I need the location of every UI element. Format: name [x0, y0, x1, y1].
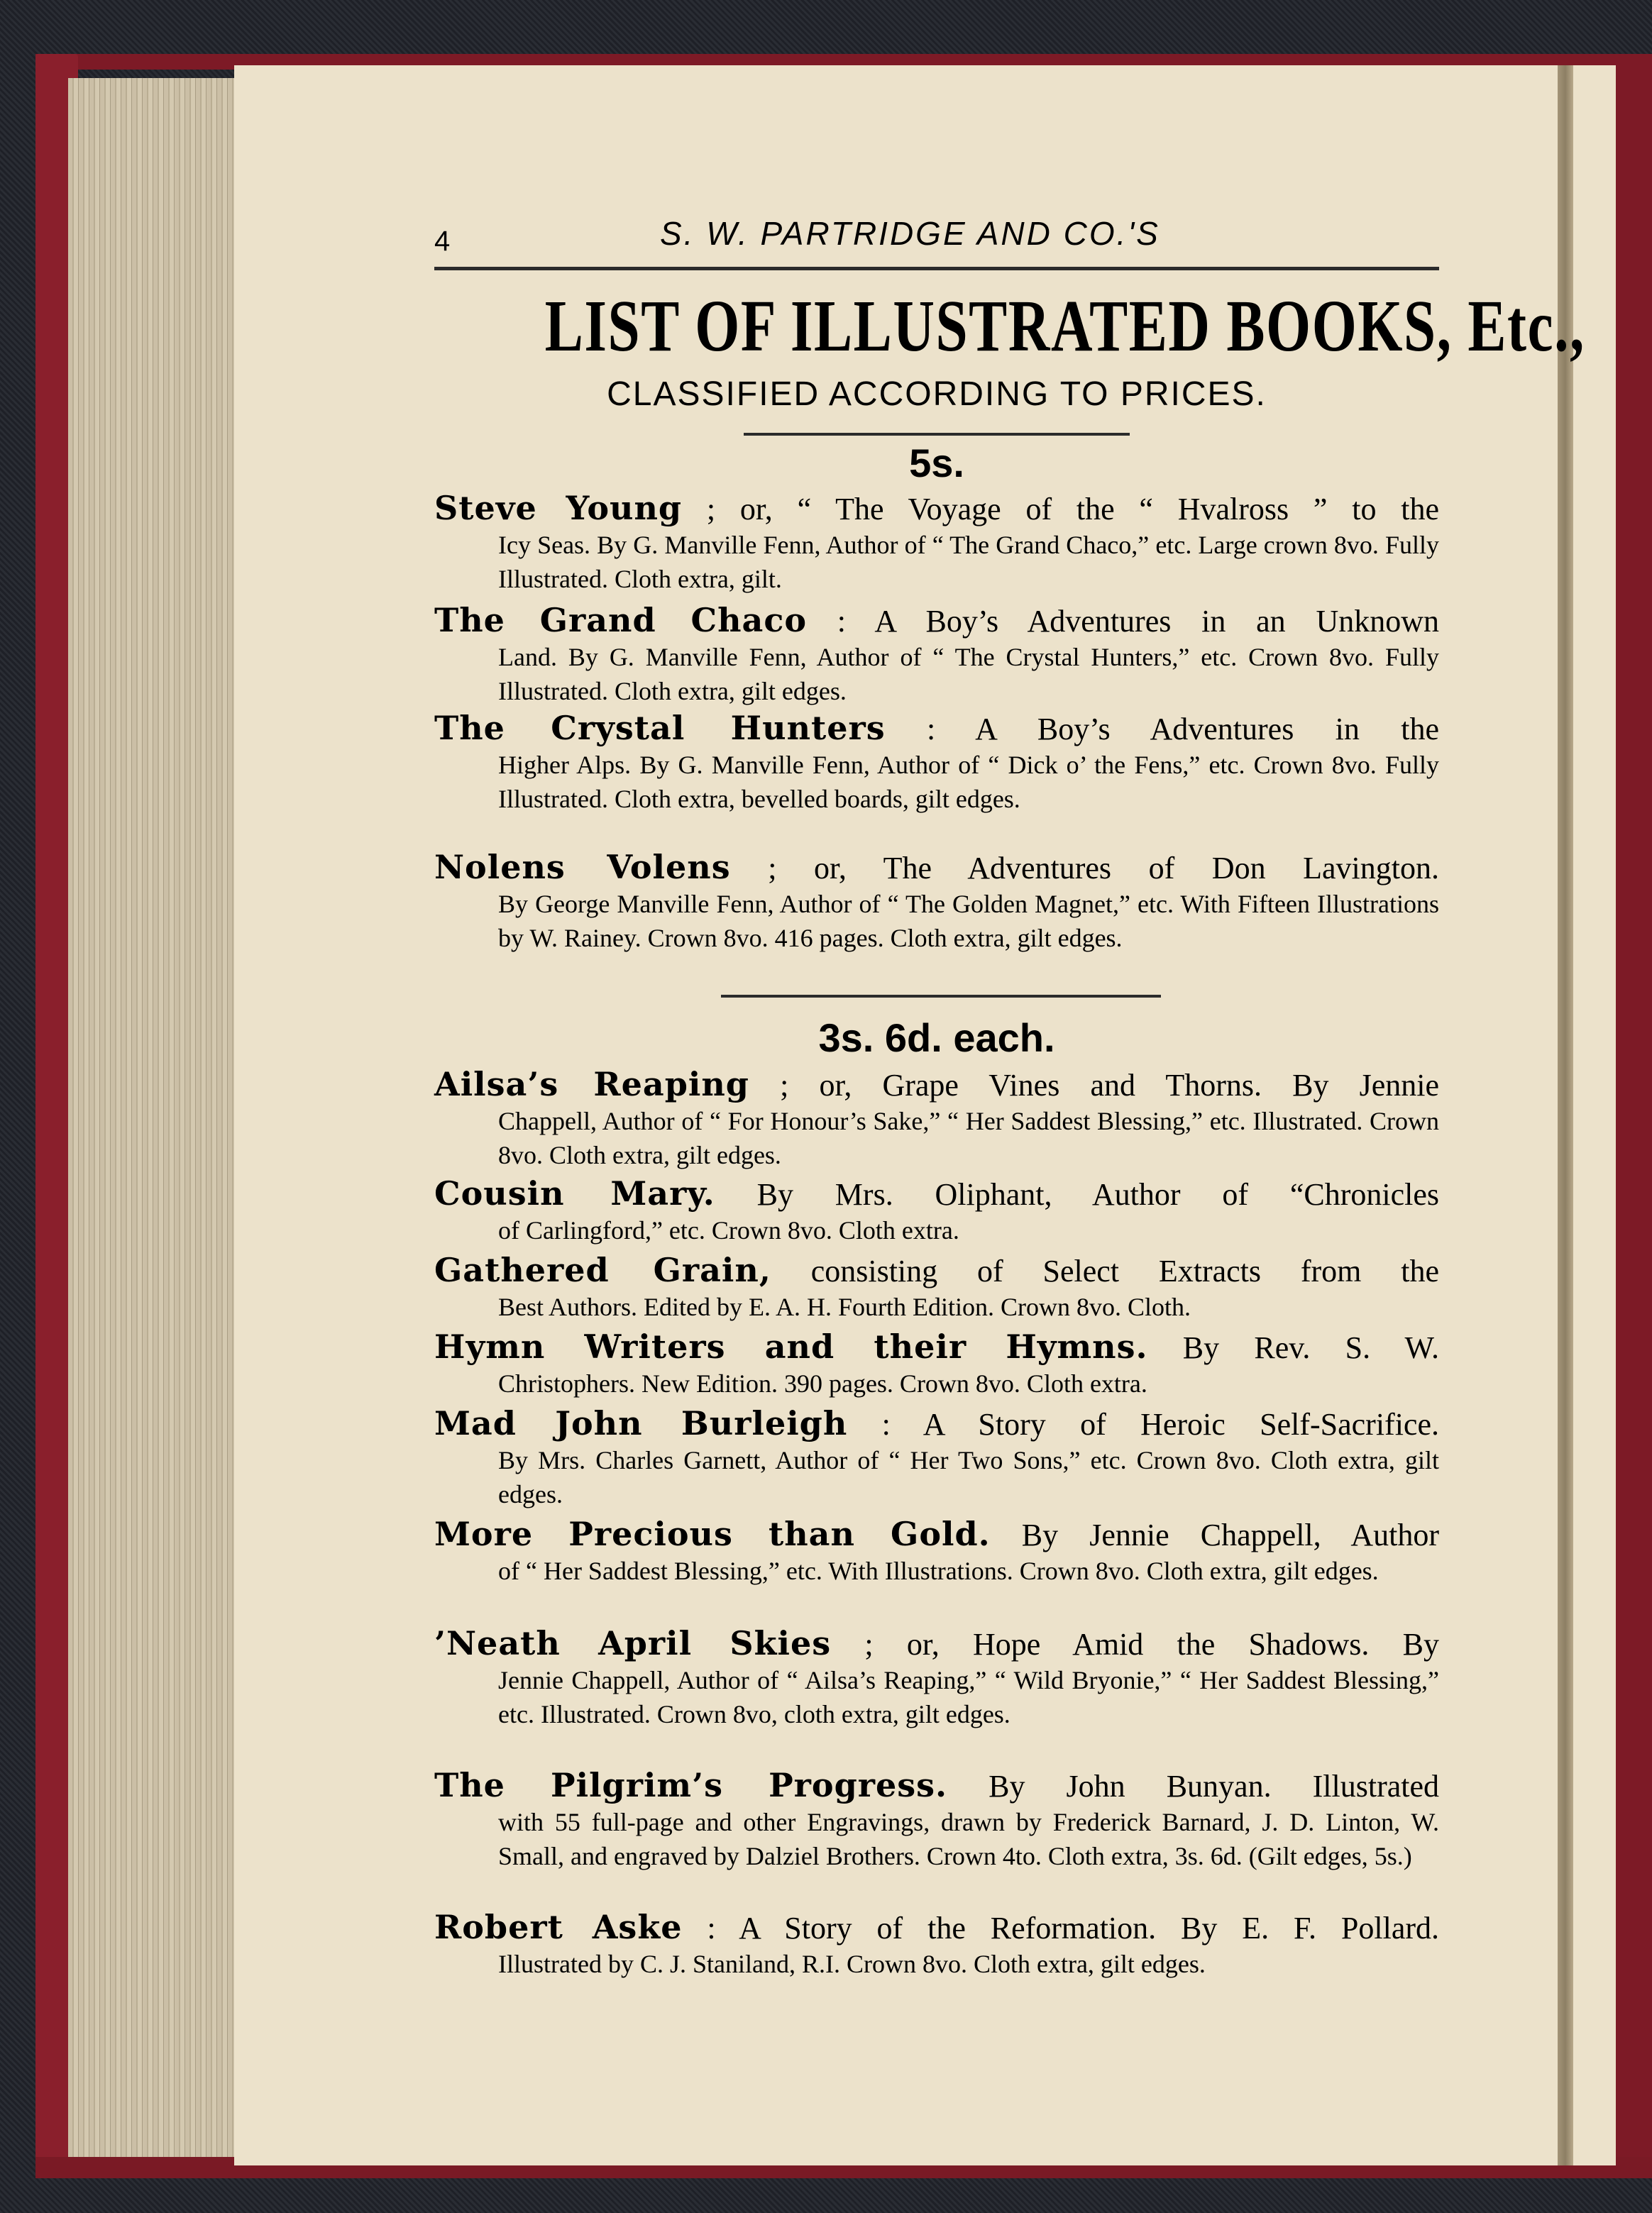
facing-page: [1573, 65, 1616, 2165]
book-desc: consisting of Select Extracts from the: [811, 1254, 1439, 1288]
price-heading: 5s.: [434, 440, 1439, 486]
book-entry: Ailsa’s Reaping ; or, Grape Vines and Th…: [434, 1066, 1439, 1172]
book-title: Ailsa’s Reaping: [434, 1065, 749, 1103]
book-desc: By Jennie Chappell, Author: [1022, 1518, 1439, 1552]
book-title: Nolens Volens: [434, 848, 731, 886]
book-title: Mad John Burleigh: [434, 1404, 847, 1442]
book-desc: By Rev. S. W.: [1183, 1330, 1439, 1365]
book-entry: Mad John Burleigh : A Story of Heroic Se…: [434, 1405, 1439, 1511]
book-title: The Crystal Hunters: [434, 709, 886, 747]
book-title: Cousin Mary.: [434, 1174, 715, 1213]
book-entry: Nolens Volens ; or, The Adventures of Do…: [434, 849, 1439, 955]
book-title: ’Neath April Skies: [434, 1624, 831, 1662]
book-entry: Steve Young ; or, “ The Voyage of the “ …: [434, 490, 1439, 596]
book-details: By Mrs. Charles Garnett, Author of “ Her…: [434, 1443, 1439, 1511]
running-head: 4 S. W. PARTRIDGE AND CO.'S: [434, 213, 1439, 263]
divider: [434, 267, 1439, 270]
book-entry: Robert Aske : A Story of the Reformation…: [434, 1909, 1439, 1981]
book-details: By George Manville Fenn, Author of “ The…: [434, 887, 1439, 955]
book-details: Best Authors. Edited by E. A. H. Fourth …: [434, 1290, 1439, 1324]
book-desc: By Mrs. Oliphant, Author of “Chronicles: [757, 1177, 1439, 1212]
book-details: with 55 full-page and other Engravings, …: [434, 1805, 1439, 1873]
price-heading: 3s. 6d. each.: [434, 1015, 1439, 1061]
book-binding-right: [1609, 54, 1652, 2175]
book-desc: ; or, “ The Voyage of the “ Hvalross ” t…: [707, 492, 1439, 526]
book-desc: : A Boy’s Adventures in the: [927, 712, 1439, 746]
book-details: Christophers. New Edition. 390 pages. Cr…: [434, 1367, 1439, 1401]
divider: [744, 433, 1130, 436]
book-title: Steve Young: [434, 489, 682, 527]
book-title: The Pilgrim’s Progress.: [434, 1766, 947, 1804]
book-entry: Gathered Grain, consisting of Select Ext…: [434, 1252, 1439, 1324]
divider: [721, 995, 1161, 998]
book-details: Higher Alps. By G. Manville Fenn, Author…: [434, 748, 1439, 816]
book-desc: ; or, The Adventures of Don Lavington.: [768, 851, 1439, 885]
book-entry: ’Neath April Skies ; or, Hope Amid the S…: [434, 1625, 1439, 1731]
book-details: Land. By G. Manville Fenn, Author of “ T…: [434, 640, 1439, 708]
book-desc: : A Story of the Reformation. By E. F. P…: [707, 1911, 1439, 1946]
gutter: [1558, 65, 1573, 2165]
page-subtitle: CLASSIFIED ACCORDING TO PRICES.: [434, 375, 1439, 414]
page-edges: [68, 78, 246, 2157]
book-details: of “ Her Saddest Blessing,” etc. With Il…: [434, 1554, 1439, 1588]
book-entry: More Precious than Gold. By Jennie Chapp…: [434, 1516, 1439, 1588]
page-title: LIST OF ILLUSTRATED BOOKS, Etc.,: [545, 284, 1328, 368]
book-entry: The Grand Chaco : A Boy’s Adventures in …: [434, 602, 1439, 708]
book-desc: ; or, Grape Vines and Thorns. By Jennie: [780, 1068, 1439, 1103]
book-title: The Grand Chaco: [434, 601, 807, 639]
book-desc: By John Bunyan. Illustrated: [989, 1769, 1439, 1804]
publisher-name: S. W. PARTRIDGE AND CO.'S: [660, 214, 1160, 253]
book-details: Icy Seas. By G. Manville Fenn, Author of…: [434, 528, 1439, 596]
book-details: Jennie Chappell, Author of “ Ailsa’s Rea…: [434, 1663, 1439, 1731]
book-desc: ; or, Hope Amid the Shadows. By: [864, 1627, 1439, 1662]
book-entry: The Pilgrim’s Progress. By John Bunyan. …: [434, 1767, 1439, 1873]
book-title: Gathered Grain,: [434, 1251, 771, 1289]
page-number: 4: [434, 226, 450, 258]
book-desc: : A Story of Heroic Self-Sacrifice.: [882, 1407, 1439, 1442]
book-details: Illustrated by C. J. Staniland, R.I. Cro…: [434, 1947, 1439, 1981]
book-entry: Hymn Writers and their Hymns. By Rev. S.…: [434, 1328, 1439, 1401]
book-desc: : A Boy’s Adventures in an Unknown: [837, 604, 1439, 639]
book-details: of Carlingford,” etc. Crown 8vo. Cloth e…: [434, 1213, 1439, 1247]
book-entry: The Crystal Hunters : A Boy’s Adventures…: [434, 710, 1439, 816]
book-title: Robert Aske: [434, 1908, 682, 1946]
book-entry: Cousin Mary. By Mrs. Oliphant, Author of…: [434, 1175, 1439, 1247]
book-title: Hymn Writers and their Hymns.: [434, 1328, 1148, 1366]
book-details: Chappell, Author of “ For Honour’s Sake,…: [434, 1104, 1439, 1172]
book-title: More Precious than Gold.: [434, 1515, 991, 1553]
